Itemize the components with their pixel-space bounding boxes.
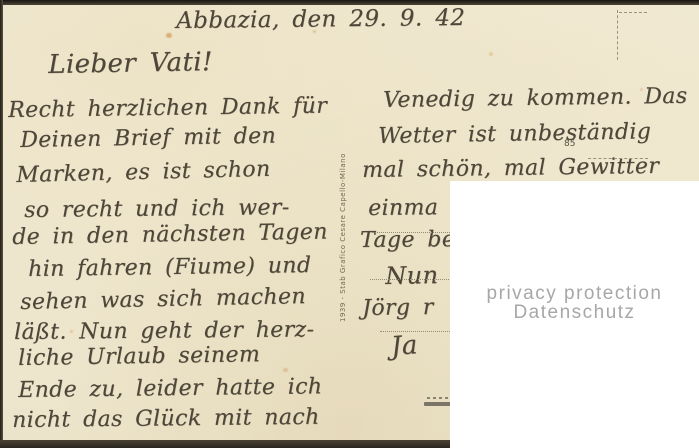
privacy-watermark-line2: Datenschutz xyxy=(450,303,699,322)
privacy-watermark-line1: privacy protection xyxy=(450,284,699,303)
stamp-box-dash-top xyxy=(619,12,647,13)
handwriting-line: Nun xyxy=(385,261,439,290)
handwriting-line: Venedig zu kommen. Das xyxy=(383,84,688,113)
foxing-spot xyxy=(489,52,493,56)
scan-edge-top xyxy=(0,0,699,5)
scan-edge-left xyxy=(0,0,3,448)
stamp-box-dash-bottom xyxy=(588,158,648,159)
handwriting-line: Ende zu, leider hatte ich xyxy=(18,374,323,403)
address-dotted-line xyxy=(380,331,454,332)
stamp-number: 85 xyxy=(564,139,575,149)
handwriting-line: läßt. Nun geht der herz- xyxy=(14,317,315,345)
handwriting-line: Jörg r xyxy=(362,295,434,321)
handwriting-line: hin fahren (Fiume) und xyxy=(28,253,312,282)
handwriting-line: so recht und ich wer- xyxy=(24,195,290,223)
handwriting-line: Deinen Brief mit den xyxy=(20,124,276,153)
handwriting-line: liche Urlaub seinem xyxy=(18,342,260,371)
privacy-watermark-box: privacy protection Datenschutz xyxy=(450,181,699,448)
greeting-line: Lieber Vati! xyxy=(48,47,213,80)
privacy-watermark-text: privacy protection Datenschutz xyxy=(450,284,699,322)
handwriting-line: nicht das Glück mit nach xyxy=(12,405,320,433)
handwriting-line: Wetter ist unbeständig xyxy=(378,119,651,149)
printer-credit-text: 1939 - Stab Grafico Cesare Capello-Milan… xyxy=(339,117,347,322)
foxing-spot xyxy=(166,33,172,38)
signature-line: Ja xyxy=(390,330,419,362)
postcard-scan: Abbazia, den 29. 9. 42 Lieber Vati! Rech… xyxy=(0,0,699,448)
handwriting-line: einma xyxy=(368,195,438,221)
stamp-box-dash-left xyxy=(617,10,618,60)
address-dotted-line xyxy=(372,232,450,233)
date-line: Abbazia, den 29. 9. 42 xyxy=(176,5,466,34)
address-dotted-line xyxy=(370,279,455,280)
foxing-spot xyxy=(283,368,288,372)
handwriting-line: Recht herzlichen Dank für xyxy=(8,94,327,123)
